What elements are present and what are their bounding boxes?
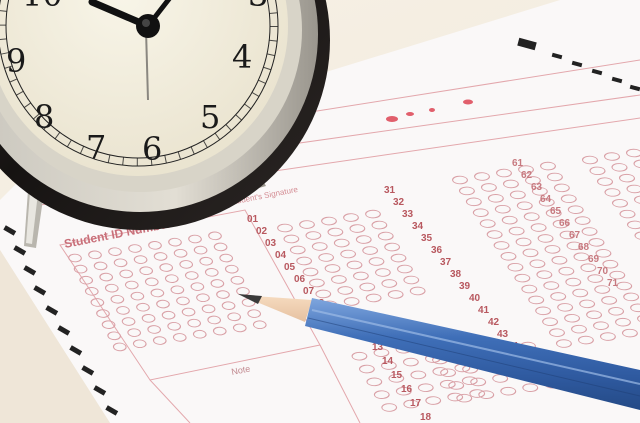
svg-text:71: 71 <box>607 278 619 289</box>
svg-text:42: 42 <box>488 317 500 328</box>
svg-text:5: 5 <box>200 98 220 136</box>
svg-text:67: 67 <box>569 230 581 241</box>
svg-text:9: 9 <box>6 42 26 80</box>
svg-text:36: 36 <box>431 245 443 256</box>
svg-text:41: 41 <box>478 305 490 316</box>
svg-text:40: 40 <box>469 293 481 304</box>
svg-text:06: 06 <box>294 274 306 285</box>
svg-text:6: 6 <box>142 130 162 168</box>
svg-text:03: 03 <box>265 238 277 249</box>
svg-text:69: 69 <box>588 254 600 265</box>
svg-text:16: 16 <box>401 384 413 395</box>
svg-text:3: 3 <box>248 0 268 14</box>
svg-text:63: 63 <box>531 182 543 193</box>
svg-text:33: 33 <box>402 209 414 220</box>
svg-text:01: 01 <box>247 214 259 225</box>
svg-text:02: 02 <box>256 226 268 237</box>
svg-text:14: 14 <box>382 356 394 367</box>
svg-text:8: 8 <box>34 98 54 136</box>
svg-text:07: 07 <box>303 286 315 297</box>
svg-text:31: 31 <box>384 185 396 196</box>
svg-text:70: 70 <box>597 266 609 277</box>
svg-text:62: 62 <box>521 170 533 181</box>
svg-text:35: 35 <box>421 233 433 244</box>
svg-text:39: 39 <box>459 281 471 292</box>
svg-text:32: 32 <box>393 197 405 208</box>
svg-text:05: 05 <box>284 262 296 273</box>
svg-text:4: 4 <box>232 38 252 76</box>
svg-text:7: 7 <box>86 128 106 166</box>
svg-text:10: 10 <box>22 0 63 14</box>
svg-text:66: 66 <box>559 218 571 229</box>
svg-text:34: 34 <box>412 221 424 232</box>
svg-text:61: 61 <box>512 158 524 169</box>
photo-scene: Student ID Number Student's Signature No… <box>0 0 640 423</box>
svg-text:68: 68 <box>578 242 590 253</box>
svg-text:04: 04 <box>275 250 287 261</box>
svg-text:65: 65 <box>550 206 562 217</box>
svg-text:18: 18 <box>420 412 432 423</box>
svg-text:37: 37 <box>440 257 452 268</box>
svg-text:64: 64 <box>540 194 552 205</box>
svg-text:38: 38 <box>450 269 462 280</box>
svg-text:15: 15 <box>391 370 403 381</box>
svg-text:17: 17 <box>410 398 422 409</box>
svg-text:43: 43 <box>497 329 509 340</box>
photo-illustration: Student ID Number Student's Signature No… <box>0 0 640 423</box>
